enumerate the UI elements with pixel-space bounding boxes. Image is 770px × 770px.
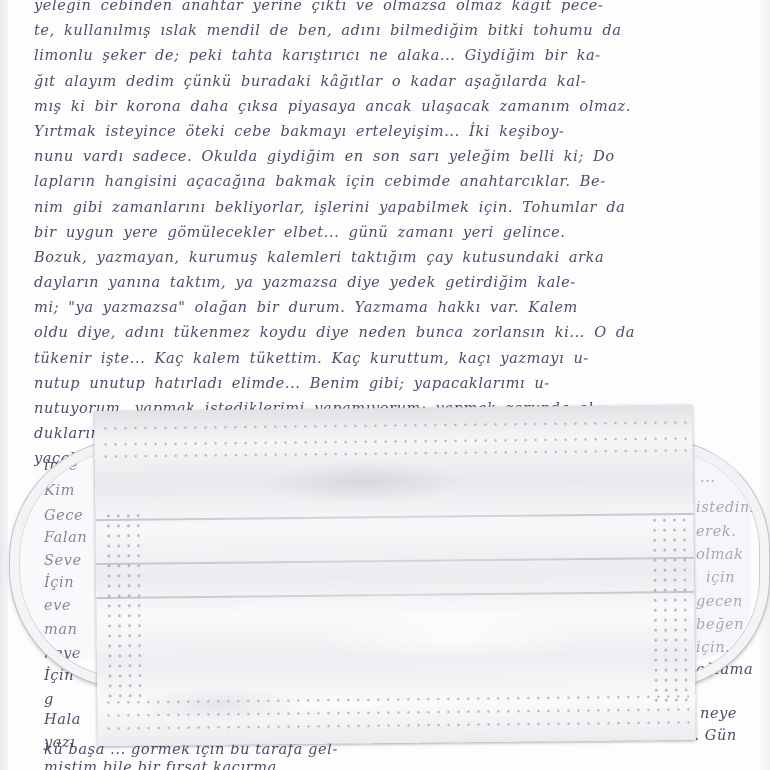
mask-stitch-side-left (103, 511, 141, 701)
text-fragment: neye (700, 706, 737, 722)
text-fragment: Hala (44, 712, 81, 728)
text-fragment: g (44, 692, 54, 708)
ear-loop-inner-shadow (690, 449, 751, 661)
notebook-page: yeleğin cebinden anahtar yerine çıktı ve… (0, 0, 770, 770)
mask-stitch-side-right (649, 515, 687, 705)
surgical-mask (94, 405, 695, 746)
text-fragment: miştim bile bir fırsat kaçırma... (44, 760, 292, 770)
